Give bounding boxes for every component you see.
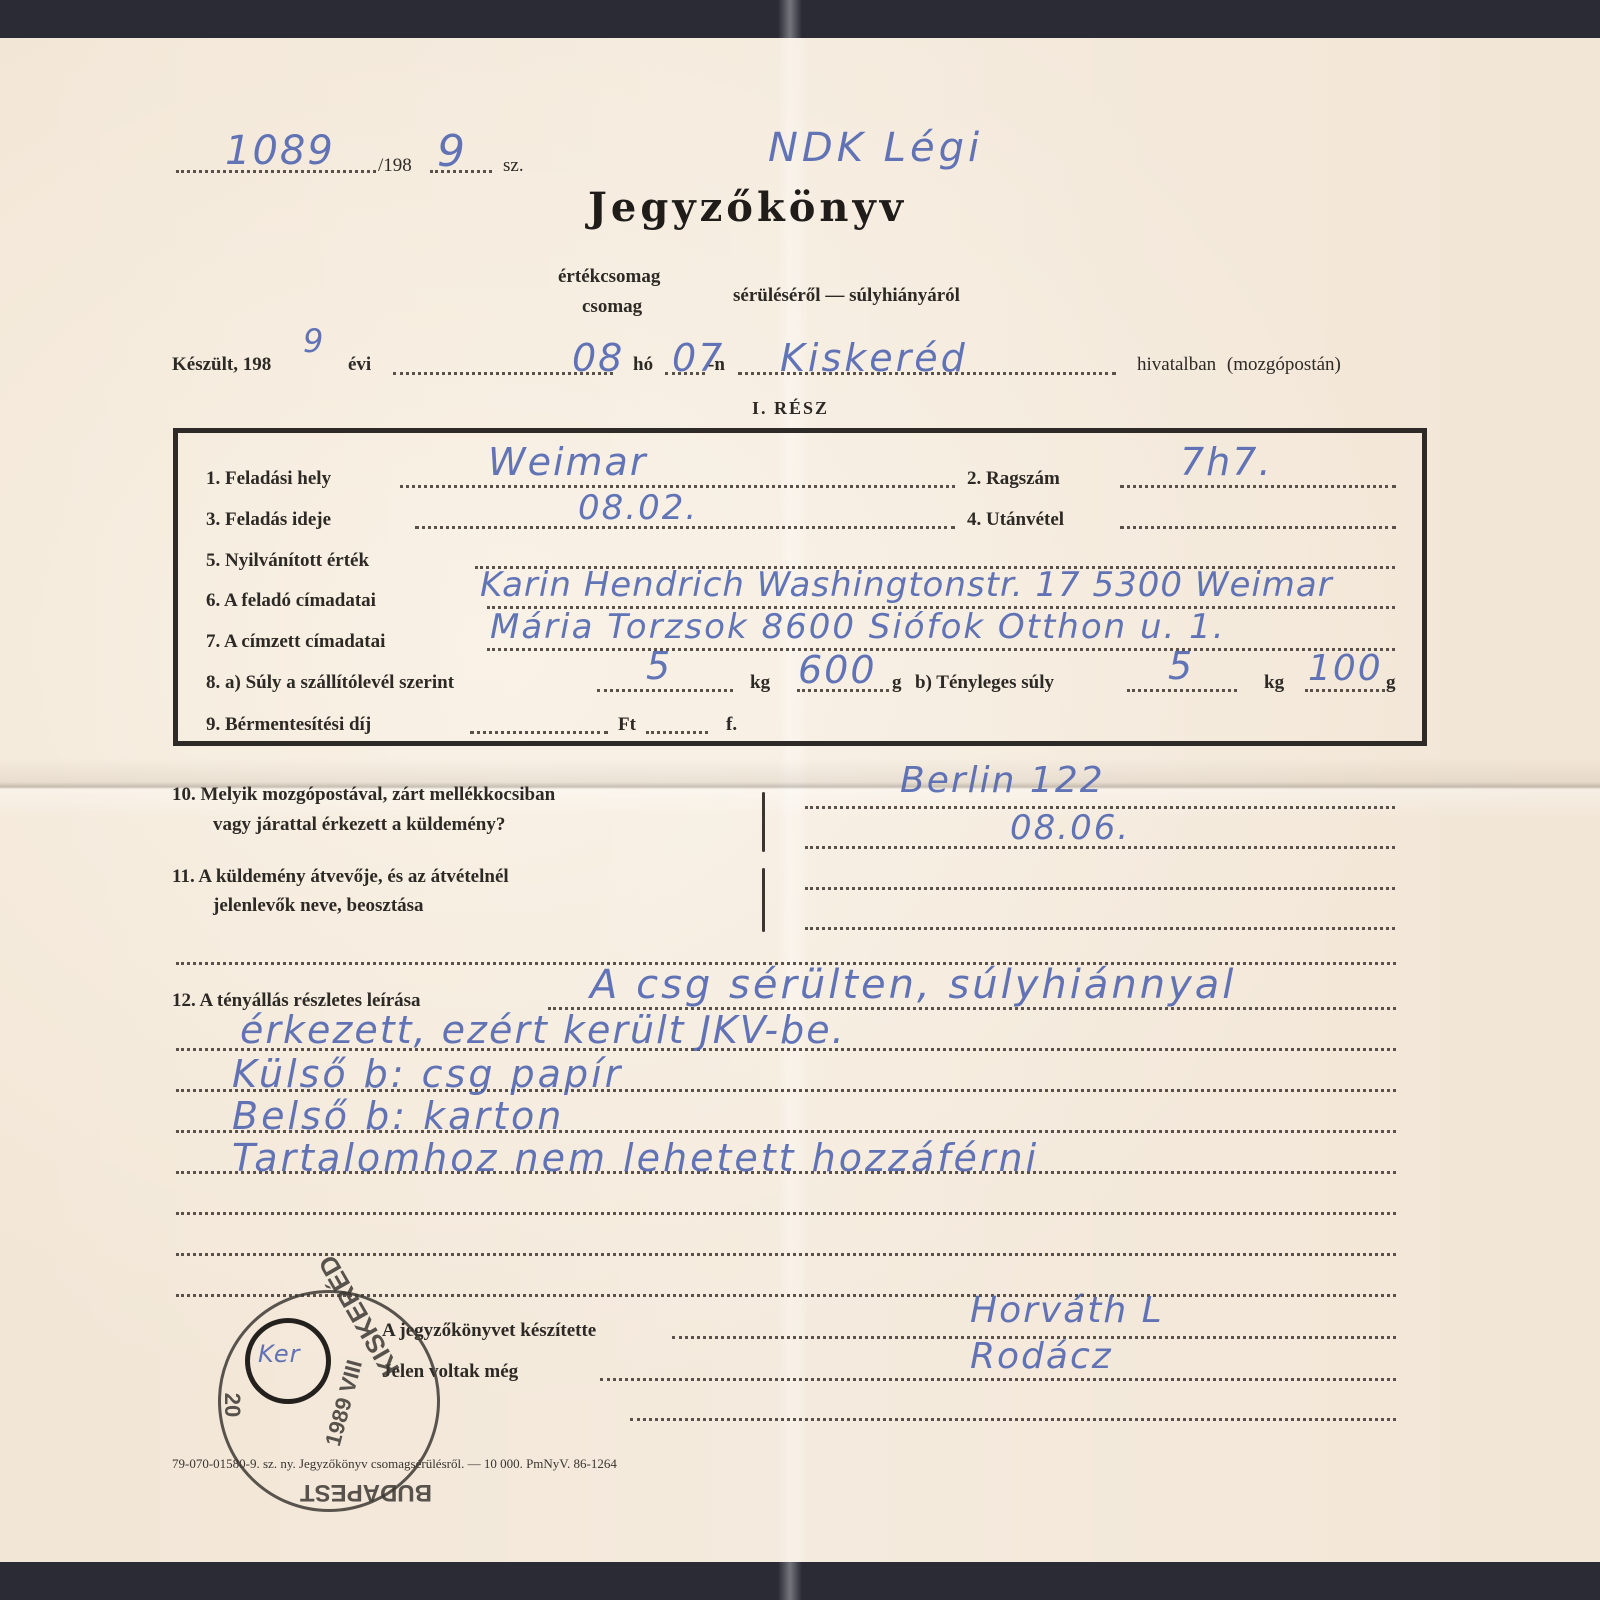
subtitle-csomag: csomag (582, 296, 642, 318)
keszult-n: -n (708, 354, 725, 376)
field-ragszam-value: 7h7. (1180, 440, 1273, 484)
field-tenyleges-g-unit: g (1386, 672, 1396, 694)
number-suffix: sz. (503, 155, 524, 177)
form-footer: 79-070-01580-9. sz. ny. Jegyzőkönyv csom… (172, 1456, 617, 1472)
field-suly-g-unit: g (892, 672, 902, 694)
field-suly-g-value: 600 (798, 648, 877, 692)
made-by-signature: Horváth L (970, 1290, 1164, 1331)
field-tenyleges-g-value: 100 (1308, 648, 1383, 689)
q11-brace (762, 868, 765, 932)
q10-brace (762, 792, 765, 852)
field-utanvetel-line[interactable] (1120, 526, 1396, 529)
field-tenyleges-kg-unit: kg (1264, 672, 1284, 694)
page-title: Jegyzőkönyv (588, 184, 907, 231)
field-bermentesitesi-f-line[interactable] (646, 731, 708, 734)
field-felado-value: Karin Hendrich Washingtonstr. 17 5300 We… (480, 565, 1333, 605)
hand-number: 1089 (225, 128, 335, 174)
q10-line1: 10. Melyik mozgópostával, zárt mellékkoc… (172, 784, 555, 806)
field-bermentesitesi-label: 9. Bérmentesítési díj (206, 714, 371, 736)
keszult-office-hand: Kiskeréd (780, 336, 968, 380)
field-cimzett-value: Mária Torzsok 8600 Siófok Otthon u. 1. (490, 607, 1226, 647)
keszult-ho: hó (633, 354, 653, 376)
q11-line1: 11. A küldemény átvevője, és az átvételn… (172, 866, 509, 888)
q12-text-1: A csg sérülten, súlyhiánnyal (590, 962, 1236, 1008)
field-bermentesitesi-ft-line[interactable] (470, 731, 608, 734)
subtitle-damage: sérüléséről — súlyhiányáról (733, 285, 960, 307)
number-slash-label: /198 (378, 155, 412, 177)
keszult-evi: évi (348, 354, 371, 376)
q12-line6[interactable] (176, 1212, 1396, 1215)
field-feladasi-hely-label: 1. Feladási hely (206, 468, 331, 490)
subtitle-ertekcsomag: értékcsomag (558, 266, 660, 288)
q12-text-2: érkezett, ezért került JKV-be. (240, 1008, 846, 1052)
q12-text-3: Külső b: csg papír (232, 1052, 623, 1096)
present-line2[interactable] (630, 1418, 1396, 1421)
field-suly-kg-unit: kg (750, 672, 770, 694)
q12-line7[interactable] (176, 1253, 1396, 1256)
field-suly-szerint-label: 8. a) Súly a szállítólevél szerint (206, 672, 454, 694)
keszult-month-hand: 08 (572, 336, 624, 380)
hand-year: 9 (437, 126, 467, 177)
field-cimzett-label: 7. A címzett címadatai (206, 631, 385, 653)
q11-line2: jelenlevők neve, beosztása (213, 895, 424, 917)
field-suly-kg-line[interactable] (597, 689, 733, 692)
q11-answer-line1[interactable] (805, 887, 1395, 890)
q10-answer2: 08.06. (1010, 808, 1130, 848)
q12-text-4: Belső b: karton (232, 1094, 564, 1138)
field-utanvetel-label: 4. Utánvétel (967, 509, 1064, 531)
field-feladas-ideje-label: 3. Feladás ideje (206, 509, 331, 531)
field-ragszam-label: 2. Ragszám (967, 468, 1060, 490)
stamp-bottom-text: BUDAPEST (300, 1478, 432, 1506)
field-nyilvanitott-ertek-label: 5. Nyilvánított érték (206, 550, 369, 572)
field-tenyleges-kg-line[interactable] (1127, 689, 1237, 692)
field-feladasi-hely-value: Weimar (488, 440, 647, 484)
stamp-number: 20 (219, 1393, 245, 1417)
field-ragszam-line[interactable] (1120, 485, 1396, 488)
keszult-suffix: hivatalban (mozgópostán) (1137, 354, 1341, 376)
field-feladas-ideje-value: 08.02. (578, 488, 698, 528)
field-felado-label: 6. A feladó címadatai (206, 590, 376, 612)
keszult-year-hand: 9 (303, 322, 325, 360)
section-label: I. RÉSZ (752, 398, 829, 419)
present-line[interactable] (600, 1378, 1396, 1381)
q10-answer1: Berlin 122 (900, 760, 1105, 801)
field-tenyleges-kg-value: 5 (1168, 644, 1194, 688)
field-bermentesitesi-ft-unit: Ft (618, 714, 636, 736)
field-cimzett-line[interactable] (487, 648, 1395, 651)
field-tenyleges-suly-label: b) Tényleges súly (915, 672, 1054, 694)
stamp-initials: Ker (258, 1340, 301, 1368)
q11-answer-line2[interactable] (805, 927, 1395, 930)
present-signature: Rodácz (970, 1336, 1113, 1377)
q12-text-5: Tartalomhoz nem lehetett hozzáférni (232, 1136, 1039, 1180)
field-suly-kg-value: 5 (646, 644, 672, 688)
hand-top-note: NDK Légi (768, 125, 983, 171)
field-bermentesitesi-f-unit: f. (726, 714, 737, 736)
q10-line2: vagy járattal érkezett a küldemény? (213, 814, 505, 836)
keszult-prefix: Készült, 198 (172, 354, 271, 376)
field-tenyleges-g-line[interactable] (1305, 689, 1385, 692)
